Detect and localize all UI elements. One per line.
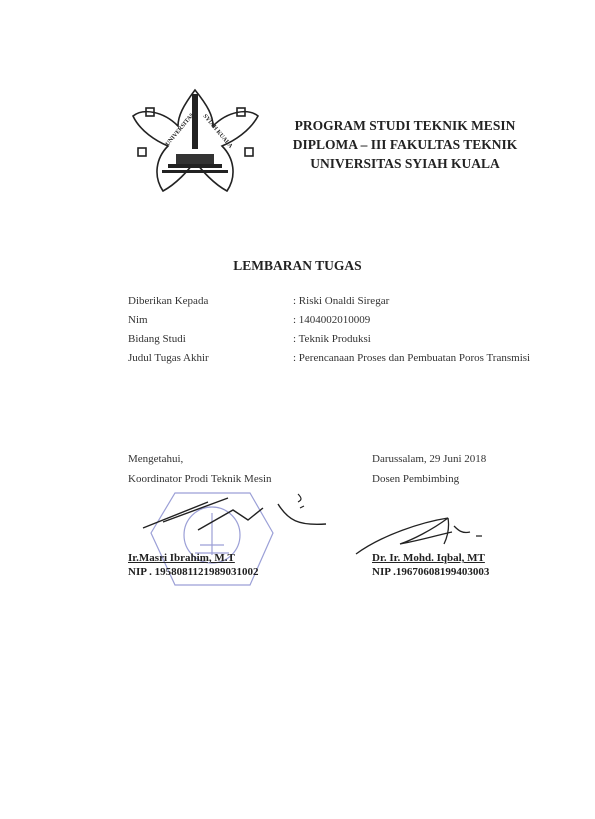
place-date: Darussalam, 29 Juni 2018 (372, 453, 486, 465)
coordinator-nip: NIP . 195808112198903100​2 (128, 566, 258, 578)
svg-text:SYIAH KUALA: SYIAH KUALA (201, 113, 233, 150)
page-title: LEMBARAN TUGAS (0, 258, 595, 274)
supervisor-name: Dr. Ir. Mohd. Iqbal, MT (372, 552, 485, 564)
field-label: Nim (128, 314, 148, 326)
svg-text:UNIVERSITAS: UNIVERSITAS (165, 112, 196, 147)
header-line-2: DIPLOMA – III FAKULTAS TEKNIK (270, 135, 540, 154)
field-label: Diberikan Kepada (128, 295, 208, 307)
field-label: Judul Tugas Akhir (128, 352, 209, 364)
supervisor-title: Dosen Pembimbing (372, 473, 459, 485)
header-line-3: UNIVERSITAS SYIAH KUALA (270, 154, 540, 173)
field-value: : 1404002010009 (293, 314, 370, 326)
field-label: Bidang Studi (128, 333, 186, 345)
coordinator-name: Ir.Masri Ibrahim, M.T (128, 552, 235, 564)
supervisor-nip: NIP .19670608199403003 (372, 566, 489, 578)
university-flower-logo-icon: UNIVERSITAS SYIAH KUALA (128, 86, 263, 196)
field-value: : Perencanaan Proses dan Pembuatan Poros… (293, 352, 530, 364)
field-value: : Riski Onaldi Siregar (293, 295, 389, 307)
header-line-1: PROGRAM STUDI TEKNIK MESIN (270, 116, 540, 135)
field-value: : Teknik Produksi (293, 333, 371, 345)
signature-left-icon (138, 490, 328, 540)
coordinator-title: Koordinator Prodi Teknik Mesin (128, 473, 272, 485)
acknowledged-label: Mengetahui, (128, 453, 183, 465)
